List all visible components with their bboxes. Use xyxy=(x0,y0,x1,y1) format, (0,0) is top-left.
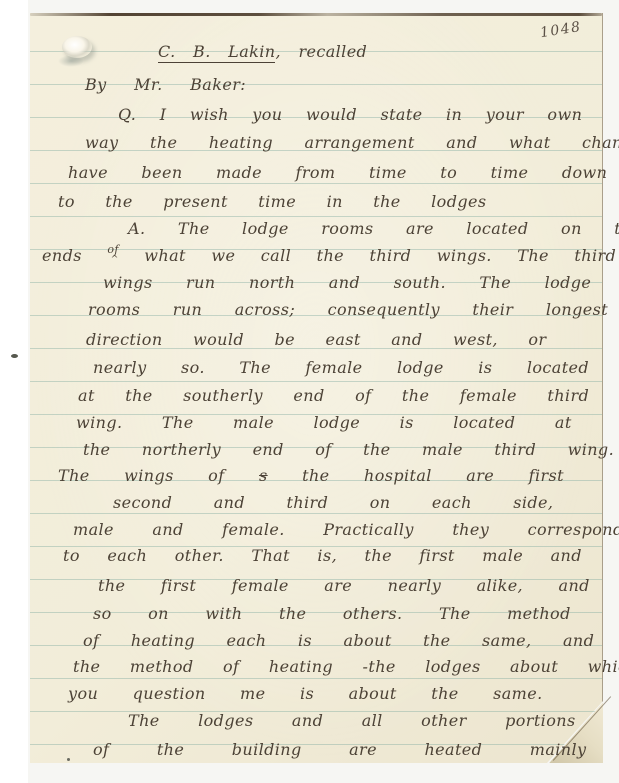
scanned-document-page: { "document": { "page_number": "1048" },… xyxy=(0,0,619,783)
paper-smudge xyxy=(58,55,84,67)
margin-speck xyxy=(11,354,18,358)
paper-speck xyxy=(67,758,70,761)
paper-top-edge-shadow xyxy=(30,13,602,16)
document-page-paper xyxy=(30,13,603,763)
